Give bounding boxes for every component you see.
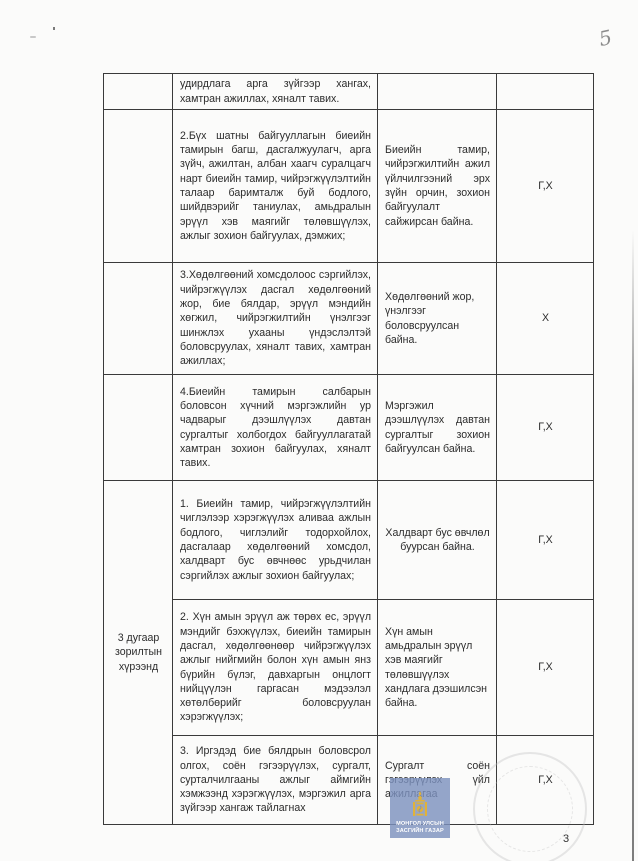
activity-cell: 2.Бүх шатны байгууллагын биеийн тамирын … <box>173 110 378 263</box>
responsible-cell: Г,Х <box>497 375 594 481</box>
outcome-cell: Хүн амын амьдралын эрүүл хэв маягийг төл… <box>378 600 497 736</box>
activity-cell: 3.Хөдөлгөөний хомсдолоос сэргийлэх, чийр… <box>173 263 378 375</box>
scan-speck <box>53 27 55 30</box>
goal-cell-empty <box>104 263 173 375</box>
table-row: 2. Хүн амын эрүүл аж төрөх ес, эрүүл мэн… <box>104 600 594 736</box>
outcome-cell <box>378 74 497 110</box>
page-number: 3 <box>563 833 569 845</box>
goal-cell-empty <box>104 110 173 263</box>
activity-cell: 1. Биеийн тамир, чийрэгжүүлэлтийн чиглэл… <box>173 481 378 600</box>
responsible-cell: Х <box>497 263 594 375</box>
outcome-cell: Мэргэжил дээшлүүлэх давтан сургалтыг зох… <box>378 375 497 481</box>
outcome-cell: Биеийн тамир, чийрэгжилтийн ажил үйлчилг… <box>378 110 497 263</box>
table-row: 4.Биеийн тамирын салбарын боловсон хүчни… <box>104 375 594 481</box>
scan-page-edge <box>632 230 634 861</box>
responsible-cell: Г,Х <box>497 600 594 736</box>
outcome-cell: Хөдөлгөөний жор, үнэлгээг боловсруулсан … <box>378 263 497 375</box>
responsible-cell <box>497 74 594 110</box>
responsible-cell: Г,Х <box>497 481 594 600</box>
outcome-cell: Халдварт бус өвчлөл буурсан байна. <box>378 481 497 600</box>
table-row: 2.Бүх шатны байгууллагын биеийн тамирын … <box>104 110 594 263</box>
activity-cell: 4.Биеийн тамирын салбарын боловсон хүчни… <box>173 375 378 481</box>
soyombo-emblem-icon <box>411 791 429 817</box>
activity-cell: 2. Хүн амын эрүүл аж төрөх ес, эрүүл мэн… <box>173 600 378 736</box>
table-row: 3 дугаар зорилтын хүрээнд 1. Биеийн тами… <box>104 481 594 600</box>
responsible-cell: Г,Х <box>497 110 594 263</box>
logo-text-line2: ЗАСГИЙН ГАЗАР <box>396 828 444 835</box>
activity-cell: 3. Иргэдэд бие бялдрын боловсрол олгох, … <box>173 736 378 825</box>
goal-cell-empty <box>104 74 173 110</box>
goal-group-label: 3 дугаар зорилтын хүрээнд <box>104 481 173 825</box>
table-row: 3.Хөдөлгөөний хомсдолоос сэргийлэх, чийр… <box>104 263 594 375</box>
government-logo-watermark: МОНГОЛ УЛСЫН ЗАСГИЙН ГАЗАР <box>390 778 450 838</box>
handwritten-page-mark: 5 <box>597 25 614 51</box>
scan-speck <box>30 36 36 38</box>
faded-stamp <box>473 752 587 861</box>
action-plan-table: удирдлага арга зүйгээр хангах, хамтран а… <box>103 73 594 825</box>
activity-cell: удирдлага арга зүйгээр хангах, хамтран а… <box>173 74 378 110</box>
goal-cell-empty <box>104 375 173 481</box>
table-row: удирдлага арга зүйгээр хангах, хамтран а… <box>104 74 594 110</box>
logo-text-line1: МОНГОЛ УЛСЫН <box>396 821 444 828</box>
